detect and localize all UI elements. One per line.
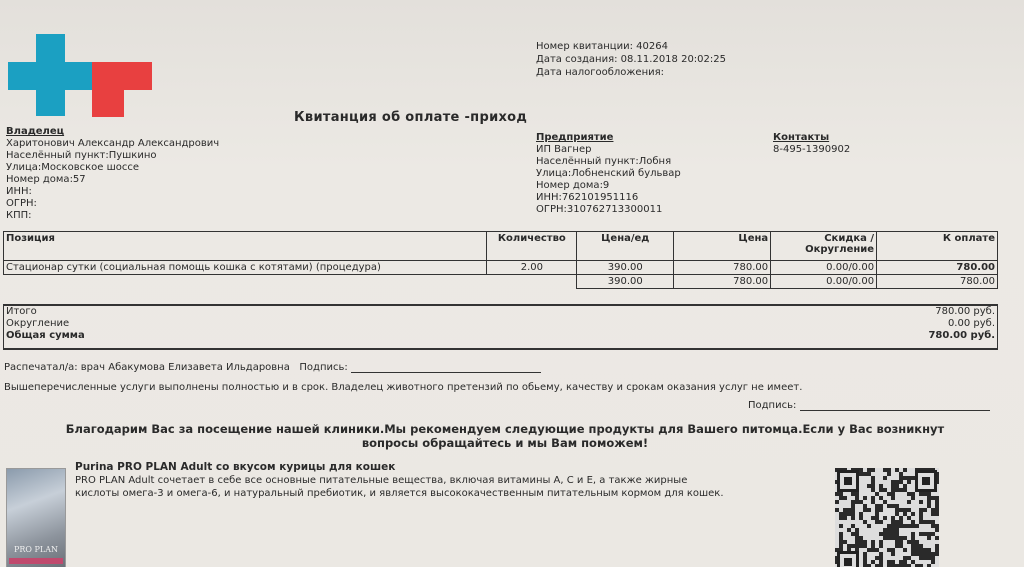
rounding-label: Округление: [6, 318, 69, 330]
qr-finder-top-left: [837, 470, 859, 492]
company-locality: Населённый пункт:Лобня: [536, 156, 681, 168]
row-discount: 0.00/0.00: [771, 261, 877, 275]
owner-street: Улица:Московское шоссе: [6, 162, 219, 174]
company-heading: Предприятие: [536, 132, 681, 144]
header-to-pay: К оплате: [877, 232, 998, 261]
header-price: Цена: [674, 232, 771, 261]
total-label: Итого: [6, 306, 37, 318]
totals-block: Итого 780.00 руб. Округление 0.00 руб. О…: [3, 304, 998, 350]
product-desc-line-2: кислоты омега-3 и омега-6, и натуральный…: [75, 487, 815, 500]
header-position: Позиция: [4, 232, 487, 261]
grand-total-value: 780.00 руб.: [928, 330, 995, 342]
owner-signature-label: Подпись:: [748, 400, 796, 411]
owner-ogrn: ОГРН:: [6, 198, 219, 210]
receipt-title: Квитанция об оплате -приход: [294, 110, 527, 125]
product-image-brand: PRO PLAN: [9, 545, 63, 554]
disclaimer: Вышеперечисленные услуги выполнены полно…: [4, 382, 802, 393]
grand-total-label: Общая сумма: [6, 330, 85, 342]
owner-locality: Населённый пункт:Пушкино: [6, 150, 219, 162]
row-to-pay: 780.00: [877, 261, 998, 275]
signature-label: Подпись:: [299, 362, 347, 373]
grand-total-row: Общая сумма 780.00 руб.: [4, 330, 997, 342]
company-ogrn: ОГРН:310762713300011: [536, 204, 681, 216]
subtotal-price: 780.00: [674, 275, 771, 289]
table-row: Стационар сутки (социальная помощь кошка…: [4, 261, 998, 275]
printed-by-line: Распечатал/а: врач Абакумова Елизавета И…: [4, 362, 541, 373]
receipt-number: Номер квитанции: 40264: [536, 40, 726, 53]
total-row: Итого 780.00 руб.: [4, 306, 997, 318]
thanks-line-2: вопросы обращайтесь и мы Вам поможем!: [10, 436, 1000, 450]
rounding-row: Округление 0.00 руб.: [4, 318, 997, 330]
subtotal-row: 390.00 780.00 0.00/0.00 780.00: [4, 275, 998, 289]
header-discount: Скидка / Округление: [771, 232, 877, 261]
company-house: Номер дома:9: [536, 180, 681, 192]
header-unit-price: Цена/ед: [577, 232, 674, 261]
row-unit-price: 390.00: [577, 261, 674, 275]
logo-red-shape-vertical: [92, 62, 124, 117]
qr-code: [835, 468, 939, 567]
owner-signature-line: Подпись:: [748, 400, 990, 411]
row-position: Стационар сутки (социальная помощь кошка…: [4, 261, 487, 275]
owner-block: Владелец Харитонович Александр Александр…: [6, 126, 219, 222]
owner-kpp: КПП:: [6, 210, 219, 222]
contacts-block: Контакты 8-495-1390902: [773, 132, 850, 156]
printed-by: Распечатал/а: врач Абакумова Елизавета И…: [4, 362, 290, 373]
thanks-line-1: Благодарим Вас за посещение нашей клиник…: [10, 422, 1000, 436]
row-price: 780.00: [674, 261, 771, 275]
contacts-phone: 8-495-1390902: [773, 144, 850, 156]
owner-house: Номер дома:57: [6, 174, 219, 186]
signature-line: [351, 363, 541, 373]
subtotal-unit-price: 390.00: [577, 275, 674, 289]
subtotal-discount: 0.00/0.00: [771, 275, 877, 289]
receipt-meta: Номер квитанции: 40264 Дата создания: 08…: [536, 40, 726, 79]
company-inn: ИНН:762101951116: [536, 192, 681, 204]
total-value: 780.00 руб.: [935, 306, 995, 318]
contacts-heading: Контакты: [773, 132, 850, 144]
product-desc-line-1: PRO PLAN Adult сочетает в себе все основ…: [75, 474, 815, 487]
receipt-page: Номер квитанции: 40264 Дата создания: 08…: [0, 0, 1024, 567]
logo-blue-cross-horizontal: [8, 62, 92, 90]
qr-finder-top-right: [915, 470, 937, 492]
items-table: Позиция Количество Цена/ед Цена Скидка /…: [3, 231, 998, 289]
header-quantity: Количество: [487, 232, 577, 261]
qr-finder-bottom-left: [837, 551, 859, 567]
company-street: Улица:Лобненский бульвар: [536, 168, 681, 180]
owner-inn: ИНН:: [6, 186, 219, 198]
owner-heading: Владелец: [6, 126, 219, 138]
company-name: ИП Вагнер: [536, 144, 681, 156]
subtotal-to-pay: 780.00: [877, 275, 998, 289]
product-name: Purina PRO PLAN Adult со вкусом курицы д…: [75, 461, 815, 474]
product-recommendation: Purina PRO PLAN Adult со вкусом курицы д…: [75, 461, 815, 500]
receipt-tax-date: Дата налогообложения:: [536, 66, 726, 79]
row-quantity: 2.00: [487, 261, 577, 275]
thanks-message: Благодарим Вас за посещение нашей клиник…: [10, 422, 1000, 450]
items-table-header: Позиция Количество Цена/ед Цена Скидка /…: [4, 232, 998, 261]
receipt-created-date: Дата создания: 08.11.2018 20:02:25: [536, 53, 726, 66]
owner-name: Харитонович Александр Александрович: [6, 138, 219, 150]
company-block: Предприятие ИП Вагнер Населённый пункт:Л…: [536, 132, 681, 216]
product-image: PRO PLAN: [6, 468, 66, 567]
rounding-value: 0.00 руб.: [948, 318, 995, 330]
owner-signature-blank: [800, 401, 990, 411]
